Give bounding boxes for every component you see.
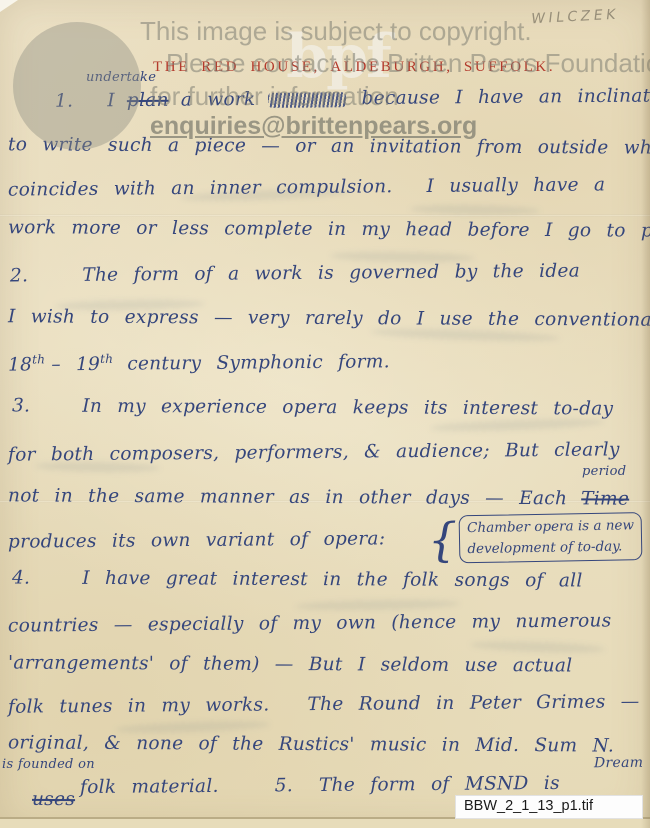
- handwriting-line: Dream: [594, 755, 643, 771]
- handwriting-text: I wish to express — very rarely do I use…: [8, 306, 650, 330]
- handwriting-text: 18: [8, 355, 32, 376]
- handwriting-line: for both composers, performers, & audien…: [8, 439, 620, 465]
- handwriting-text: produces its own variant of opera:: [8, 528, 386, 552]
- handwriting-text: The form of MSND is: [319, 773, 560, 796]
- handwriting-insertion: period: [582, 464, 626, 479]
- handwriting-line: I wish to express — very rarely do I use…: [8, 306, 650, 330]
- handwriting-line: not in the same manner as in other days …: [8, 485, 629, 509]
- handwriting-text: I usually have a: [426, 174, 605, 197]
- handwriting-text: uses: [32, 789, 75, 810]
- handwriting-text: 'arrangements' of them) — But I seldom u…: [8, 653, 573, 677]
- handwriting-text: work more or less complete in my head be…: [8, 217, 650, 242]
- handwriting-text: The form of a work is governed by the id…: [82, 261, 580, 286]
- handwriting-text: 2.: [10, 265, 28, 286]
- handwriting-line: produces its own variant of opera:: [8, 528, 386, 552]
- handwriting-text: 3.: [12, 395, 30, 416]
- handwriting-line: folk tunes in my works.The Round in Pete…: [8, 691, 640, 718]
- handwriting-insertion: is founded on: [2, 757, 95, 772]
- margin-note-bubble: { Chamber opera is a new development of …: [428, 510, 643, 566]
- handwriting-text: Dream: [594, 755, 643, 771]
- handwriting-line: 'arrangements' of them) — But I seldom u…: [8, 653, 573, 677]
- handwriting-text: countries — especially of my own (hence …: [8, 610, 612, 636]
- handwriting-line: work more or less complete in my head be…: [8, 217, 650, 242]
- handwriting-text: Time: [581, 488, 629, 509]
- handwriting-line: coincides with an inner compulsion.I usu…: [8, 174, 605, 200]
- handwriting-line: 4.I have great interest in the folk song…: [12, 568, 583, 592]
- handwriting-text: th: [100, 352, 113, 366]
- handwriting-text: In my experience opera keeps its interes…: [82, 396, 613, 420]
- scan-edge-right: [641, 0, 650, 828]
- watermark-line-1: This image is subject to copyright.: [140, 16, 532, 47]
- watermark-line-3: for further information: [150, 81, 399, 112]
- margin-note-line: Chamber opera is a new: [467, 515, 634, 539]
- handwriting-line: 2.The form of a work is governed by the …: [10, 261, 580, 287]
- watermark-email: enquiries@brittenpears.org: [150, 112, 477, 141]
- handwriting-line: uses: [32, 789, 75, 810]
- handwriting-text: century Symphonic form.: [127, 351, 390, 374]
- handwriting-text: for both composers, performers, & audien…: [8, 439, 620, 465]
- handwriting-text: 5.: [275, 775, 293, 796]
- handwriting-text: The Round in Peter Grimes —: [307, 691, 639, 715]
- handwriting-text: original, & none of the Rustics' music i…: [8, 732, 614, 756]
- handwriting-line: countries — especially of my own (hence …: [8, 610, 612, 636]
- handwriting-text: I have great interest in the folk songs …: [82, 568, 582, 592]
- handwriting-text: because I have an inclination: [361, 85, 650, 109]
- filename-label: BBW_2_1_13_p1.tif: [455, 795, 643, 819]
- margin-note-box: Chamber opera is a new development of to…: [459, 512, 643, 563]
- handwriting-line: original, & none of the Rustics' music i…: [8, 732, 614, 756]
- handwriting-text: – 19: [51, 354, 100, 375]
- bpf-logo: [13, 22, 141, 150]
- watermark-line-2: Please contact the Britten Pears Foundat…: [166, 48, 650, 79]
- handwriting-text: folk tunes in my works.: [8, 694, 270, 717]
- margin-note-line: development of to-day.: [467, 536, 634, 560]
- scanned-letter-page: THE RED HOUSE, ALDEBURGH, SUFFOLK. 1.Ipl…: [0, 0, 650, 828]
- handwriting-text: 4.: [12, 568, 30, 589]
- handwriting-line: 18th– 19thcentury Symphonic form.: [8, 349, 390, 375]
- handwriting-text: th: [32, 352, 45, 366]
- handwriting-line: 3.In my experience opera keeps its inter…: [12, 395, 613, 419]
- handwriting-text: coincides with an inner compulsion.: [8, 176, 393, 200]
- brace-icon: {: [428, 513, 458, 566]
- handwriting-text: not in the same manner as in other days …: [8, 485, 567, 509]
- handwriting-text: folk material.: [80, 776, 219, 798]
